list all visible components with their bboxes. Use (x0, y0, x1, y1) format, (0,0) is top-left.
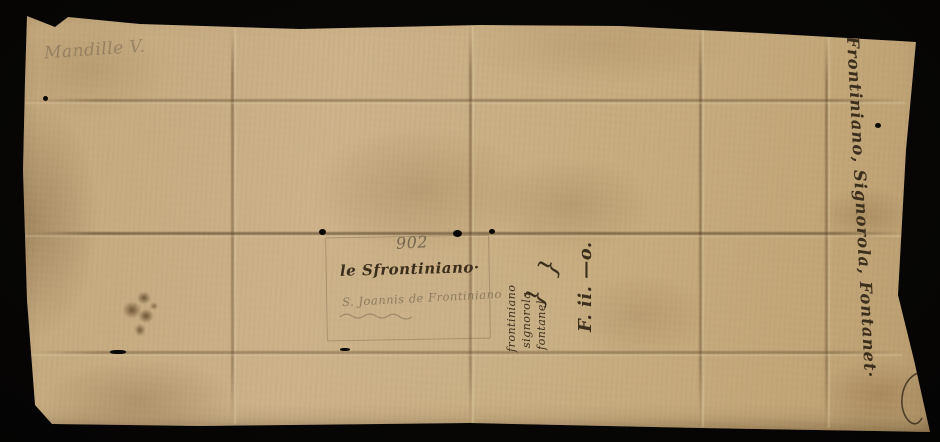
folio-mark: F. ii. —o. (575, 241, 596, 332)
fold-crease-vertical-3 (699, 27, 702, 427)
fold-crease-horizontal-1 (25, 99, 905, 102)
right-edge-inscription: Frontiniano, Signorola, Fontanet· (843, 36, 880, 379)
worm-hole (453, 230, 462, 237)
ink-title: le Sfrontiniano· (340, 258, 480, 280)
pencil-scribble (338, 310, 428, 322)
corner-flourish-mark (896, 368, 930, 428)
center-block-brace-1: } (533, 254, 567, 280)
photo-stage: Mandille V. 902 le Sfrontiniano· S. Joan… (0, 0, 940, 442)
fold-crease-vertical-1 (231, 28, 234, 424)
center-block-line-1: frontiniano (505, 285, 518, 352)
worm-hole (319, 229, 326, 235)
fold-tear (340, 348, 350, 351)
parchment-sheet: Mandille V. 902 le Sfrontiniano· S. Joan… (0, 0, 940, 442)
fold-crease-horizontal-3 (30, 351, 902, 354)
worm-hole (489, 229, 495, 234)
worm-hole (43, 96, 48, 101)
ink-blot-stain (114, 290, 162, 342)
pencil-number: 902 (396, 232, 429, 253)
fold-tear (110, 350, 126, 354)
shelfmark-annotation: Mandille V. (43, 36, 146, 63)
worm-hole (875, 123, 881, 128)
fold-crease-vertical-2 (469, 26, 472, 424)
